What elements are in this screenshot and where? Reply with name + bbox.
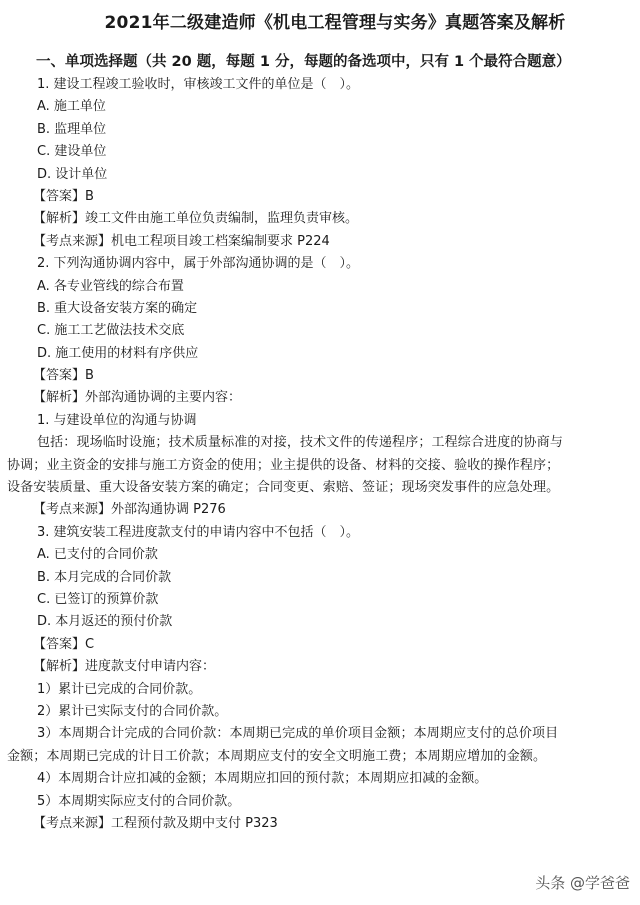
analysis-item: 5）本周期实际应支付的合同价款。 — [0, 791, 640, 813]
document-title: 2021年二级建造师《机电工程管理与实务》真题答案及解析 — [0, 8, 640, 33]
option-line: B. 监理单位 — [0, 119, 640, 141]
option-line: C. 施工工艺做法技术交底 — [0, 320, 640, 342]
analysis-paragraph: 包括：现场临时设施；技术质量标准的对接，技术文件的传递程序；工程综合进度的协商与 — [0, 432, 640, 454]
option-line: D. 施工使用的材料有序供应 — [0, 343, 640, 365]
watermark: 头条 @学爸爸 — [535, 872, 630, 893]
option-line: B. 重大设备安装方案的确定 — [0, 298, 640, 320]
option-line: A. 施工单位 — [0, 96, 640, 118]
section-heading: 一、单项选择题（共 20 题，每题 1 分，每题的备选项中，只有 1 个最符合题… — [36, 50, 571, 71]
analysis-paragraph: 设备安装质量、重大设备安装方案的确定；合同变更、索赔、签证；现场突发事件的应急处… — [0, 477, 640, 499]
analysis-item: 2）累计已实际支付的合同价款。 — [0, 701, 640, 723]
option-line: A. 各专业管线的综合布置 — [0, 276, 640, 298]
analysis-paragraph: 协调；业主资金的安排与施工方资金的使用；业主提供的设备、材料的交接、验收的操作程… — [0, 455, 640, 477]
analysis-item: 1）累计已完成的合同价款。 — [0, 679, 640, 701]
answer-line: 【答案】B — [0, 186, 640, 208]
question-line: 1. 建设工程竣工验收时，审核竣工文件的单位是（ ）。 — [0, 74, 640, 96]
question-line: 3. 建筑安装工程进度款支付的申请内容中不包括（ ）。 — [0, 522, 640, 544]
option-line: D. 本月返还的预付价款 — [0, 611, 640, 633]
answer-line: 【答案】B — [0, 365, 640, 387]
answer-line: 【答案】C — [0, 634, 640, 656]
option-line: C. 建设单位 — [0, 141, 640, 163]
analysis-line: 【解析】进度款支付申请内容： — [0, 656, 640, 678]
option-line: D. 设计单位 — [0, 164, 640, 186]
analysis-line: 【解析】外部沟通协调的主要内容： — [0, 387, 640, 409]
analysis-item: 1. 与建设单位的沟通与协调 — [0, 410, 640, 432]
analysis-paragraph: 金额；本周期已完成的计日工价款；本周期应支付的安全文明施工费；本周期应增加的金额… — [0, 746, 640, 768]
analysis-line: 【解析】竣工文件由施工单位负责编制，监理负责审核。 — [0, 208, 640, 230]
source-line: 【考点来源】外部沟通协调 P276 — [0, 499, 640, 521]
source-line: 【考点来源】工程预付款及期中支付 P323 — [0, 813, 640, 835]
question-line: 2. 下列沟通协调内容中，属于外部沟通协调的是（ ）。 — [0, 253, 640, 275]
source-line: 【考点来源】机电工程项目竣工档案编制要求 P224 — [0, 231, 640, 253]
option-line: C. 已签订的预算价款 — [0, 589, 640, 611]
analysis-paragraph: 3）本周期合计完成的合同价款：本周期已完成的单价项目金额；本周期应支付的总价项目 — [0, 723, 640, 745]
analysis-item: 4）本周期合计应扣减的金额；本周期应扣回的预付款；本周期应扣减的金额。 — [0, 768, 640, 790]
option-line: B. 本月完成的合同价款 — [0, 567, 640, 589]
document-body: 1. 建设工程竣工验收时，审核竣工文件的单位是（ ）。 A. 施工单位 B. 监… — [0, 74, 640, 835]
option-line: A. 已支付的合同价款 — [0, 544, 640, 566]
